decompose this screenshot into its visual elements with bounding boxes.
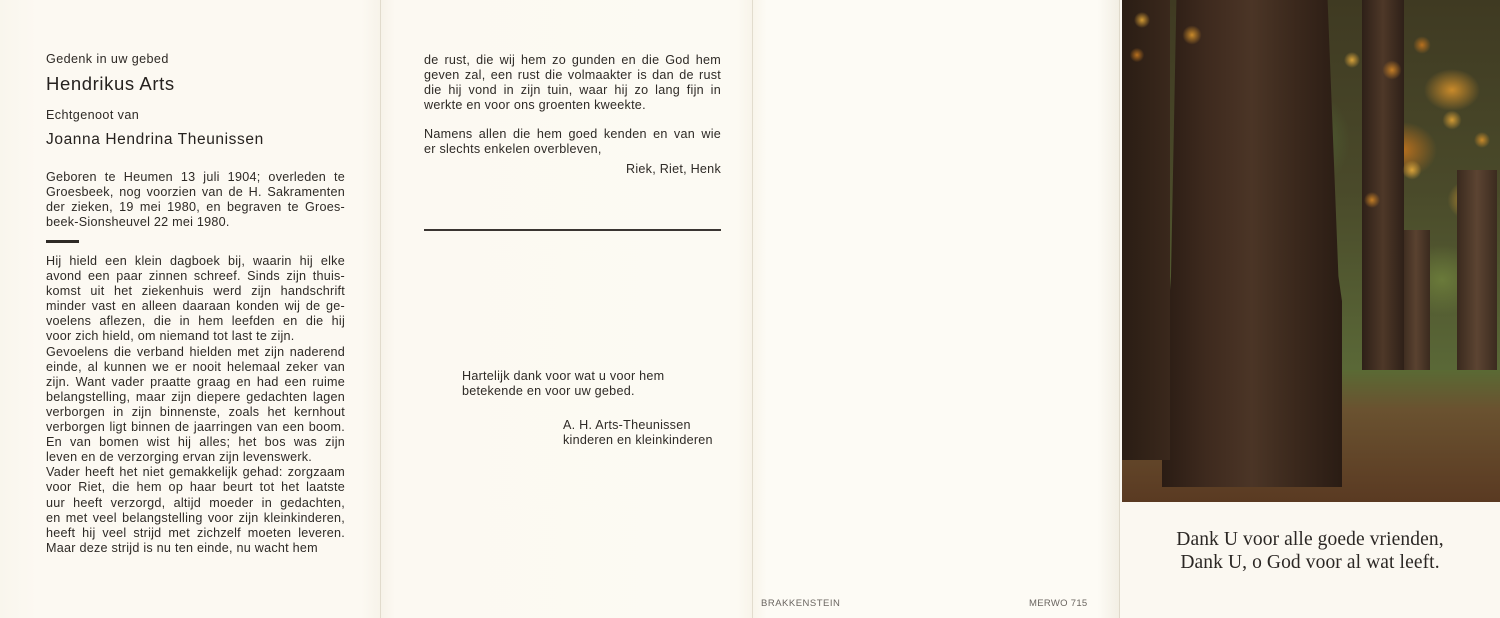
text-line: voelens aflezen, die in hem leefden en d…: [46, 314, 345, 329]
separator-dash: [46, 240, 79, 243]
text-line: en met veel belangstelling voor zijn kle…: [46, 511, 345, 526]
family-signature: A. H. Arts-Theunissenkinderen en kleinki…: [563, 418, 713, 448]
text-line: Maar deze strijd is nu ten einde, nu wac…: [46, 541, 345, 556]
text-line: zijn. Want vader praatte graag en had ee…: [46, 375, 345, 390]
children-signature: Riek, Riet, Henk: [424, 162, 721, 177]
fold-line: [1119, 0, 1120, 618]
text-line: de rust, die wij hem zo gunden en die Go…: [424, 53, 721, 68]
text-line: uur heeft verzorgd, altijd moeder in ged…: [46, 496, 345, 511]
text-line: einde, al kunnen we er nooit helemaal ze…: [46, 360, 345, 375]
text-line: Hij hield een klein dagboek bij, waarin …: [46, 254, 345, 269]
text-line: voor Riet, die hem op haar beurt tot het…: [46, 480, 345, 495]
text-line: Gevoelens die verband hielden met zijn n…: [46, 345, 345, 360]
fold-line: [752, 0, 753, 618]
text-line: werkte en voor ons groenten kweekte.: [424, 98, 721, 113]
text-line: er slechts enkelen overbleven,: [424, 142, 721, 157]
text-line: Namens allen die hem goed kenden en van …: [424, 127, 721, 142]
text-line: minder vast en alleen daaraan konden wij…: [46, 299, 345, 314]
biography-paragraph: Hij hield een klein dagboek bij, waarin …: [46, 254, 345, 556]
text-line: kinderen en kleinkinderen: [563, 433, 713, 448]
intro-text: Gedenk in uw gebed: [46, 52, 169, 67]
deceased-name: Hendrikus Arts: [46, 76, 175, 91]
printer-name: BRAKKENSTEIN: [761, 596, 840, 611]
text-line: belangstelling, maar zijn diepere gedach…: [46, 390, 345, 405]
fold-line: [380, 0, 381, 618]
text-line: Groesbeek, nog voorzien van de H. Sakram…: [46, 185, 345, 200]
panel-back: [752, 0, 1120, 618]
text-line: betekende en voor uw gebed.: [462, 384, 702, 399]
thanks-paragraph: Hartelijk dank voor wat u voor hembeteke…: [462, 369, 702, 399]
text-line: der zieken, 19 mei 1980, en begraven te …: [46, 200, 345, 215]
text-line: Hartelijk dank voor wat u voor hem: [462, 369, 702, 384]
text-line: Vader heeft het niet gemakkelijk gehad: …: [46, 465, 345, 480]
birth-death-paragraph: Geboren te Heumen 13 juli 1904; overlede…: [46, 170, 345, 230]
text-line: heeft hij veel strijd met zichzelf moete…: [46, 526, 345, 541]
text-line: avond een paar zinnen schreef. Sinds zij…: [46, 269, 345, 284]
text-line: verborgen in zijn binnenste, zoals het k…: [46, 405, 345, 420]
text-line: komst uit het ziekenhuis werd zijn hands…: [46, 284, 345, 299]
text-line: Dank U voor alle goede vrienden,: [1120, 528, 1500, 551]
relation-text: Echtgenoot van: [46, 108, 139, 123]
autumn-leaves: [1122, 0, 1500, 300]
biography-continuation: de rust, die wij hem zo gunden en die Go…: [424, 53, 721, 113]
text-line: geven zal, een rust die volmaakter is da…: [424, 68, 721, 83]
text-line: beek-Sionsheuvel 22 mei 1980.: [46, 215, 345, 230]
text-line: leven en de verzorging ervan zijn levens…: [46, 450, 345, 465]
forest-photo: [1122, 0, 1500, 502]
print-code: MERWO 715: [1029, 596, 1088, 611]
text-line: A. H. Arts-Theunissen: [563, 418, 713, 433]
closing-verse: Dank U voor alle goede vrienden,Dank U, …: [1120, 528, 1500, 574]
on-behalf-paragraph: Namens allen die hem goed kenden en van …: [424, 127, 721, 157]
text-line: En van bomen wist hij alles; het bos was…: [46, 435, 345, 450]
horizontal-rule: [424, 229, 721, 231]
text-line: Dank U, o God voor al wat leeft.: [1120, 551, 1500, 574]
spouse-name: Joanna Hendrina Theunissen: [46, 132, 264, 147]
text-line: verborgen ligt binnen de jaarringen van …: [46, 420, 345, 435]
text-line: Geboren te Heumen 13 juli 1904; overlede…: [46, 170, 345, 185]
text-line: die hij vond in zijn tuin, waar hij zo l…: [424, 83, 721, 98]
text-line: voor zich hield, om niemand tot last te …: [46, 329, 345, 344]
